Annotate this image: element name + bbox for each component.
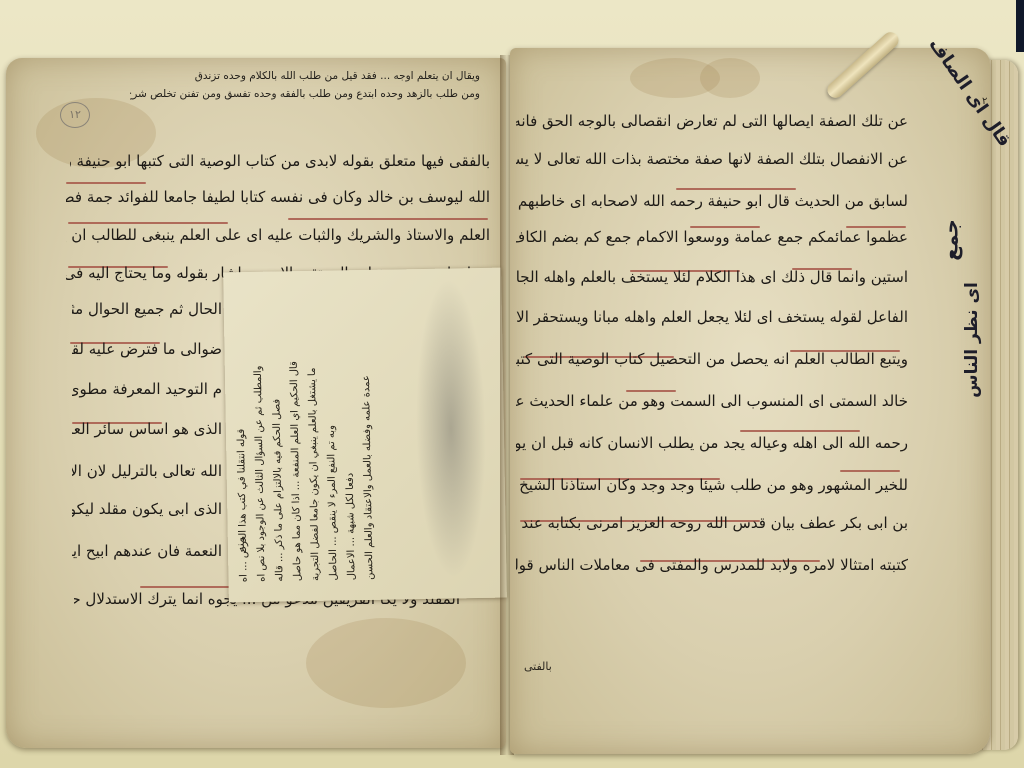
text-line: بن ابى بكر عطف بيان قدس الله روحه العزيز…	[516, 514, 908, 532]
text-line: رحمه الله الى اهله وعياله يجد من يطلب ال…	[516, 434, 908, 452]
slip-text-column: عمدة علمه وفضله بالعمل والاعتقاد والعلم …	[359, 290, 375, 580]
slip-signature: منه	[232, 452, 247, 552]
text-line: الذى ابى يكون مقلد ليكون	[72, 500, 222, 518]
margin-note: جمع	[939, 219, 963, 260]
rubric-rule	[676, 188, 796, 190]
catchword: بالفتى	[524, 660, 552, 673]
slip-text-column: قال الحكيم اي العلم المنفعة ... اذا كان …	[287, 291, 303, 581]
text-line: ويتبع الطالب العلم انه يحصل من التحصيل ك…	[516, 350, 908, 368]
text-line: استين وانما قال ذلك اى هذا الكلام لئلا ي…	[516, 268, 908, 286]
folio-number: ١٢	[60, 102, 90, 128]
dark-corner	[1016, 0, 1024, 52]
rubric-rule	[66, 182, 146, 184]
text-line: الفاعل لقوله يستخف اى لئلا يجعل العلم وا…	[516, 308, 908, 326]
text-line: النعمة فان عندهم ابيح ايمانه	[72, 542, 222, 560]
rubric-rule	[288, 218, 488, 220]
text-line: عن تلك الصفة ايصالها التى لم تعارض انقصا…	[516, 112, 908, 130]
slip-text-column: ما يشتغل بالعلم ينبغي ان يكون جامعا لفضل…	[305, 291, 321, 581]
header-note: ويقال ان يتعلم اوجه ... فقد قيل من طلب ا…	[30, 70, 480, 82]
ink-smudge	[413, 278, 488, 579]
text-line: عن الانفصال بتلك الصفة لانها صفة مختصة ب…	[516, 150, 908, 168]
text-line: للخير المشهور وهو من طلب شيئا وجد وجد وك…	[516, 476, 908, 494]
rubric-rule	[68, 222, 228, 224]
slip-text-column: وبه تم النفع المرء لا ينقص ... الحاصل	[323, 291, 339, 581]
text-line: العلم والاستاذ والشريك والثبات عليه اى ع…	[66, 226, 490, 244]
text-line: م التوحيد المعرفة مطوى على	[72, 380, 222, 398]
rubric-rule	[740, 430, 860, 432]
text-line: كتبته امتثالا لامره ولابد للمدرس والمفتى…	[516, 556, 908, 574]
slip-text-column: فصل الحكم فيه بالالتزام على ما ذكر ... ق…	[269, 291, 285, 581]
header-note: ومن طلب بالزهد وحده ابتدع ومن طلب بالفقه…	[130, 88, 480, 100]
text-line: الذى هو اساس سائر العلوم	[72, 420, 222, 438]
text-line: ضوالى ما فترض عليه لقعدته	[72, 340, 222, 358]
slip-text-column: والمطلب ثم عن السؤال الثالث عن الوجود بل…	[251, 292, 267, 582]
text-line: لسابق من الحديث قال ابو حنيفة رحمه الله …	[516, 192, 908, 210]
text-line: بالفقى فيها متعلق بقوله لابدى من كتاب ال…	[70, 152, 490, 170]
margin-note: اى نظر الناس	[962, 282, 982, 398]
slip-text-column: دفعا لكل شبهة ... الاعمال	[341, 290, 357, 580]
text-line: عظموا عمائمكم جمع عمامة ووسعوا الاكمام ج…	[516, 228, 908, 246]
rubric-rule	[140, 586, 240, 588]
paper-stain	[700, 58, 760, 98]
text-line: الله ليوسف بن خالد وكان فى نفسه كتابا لط…	[66, 188, 490, 206]
text-line: الحال ثم جميع الحوال مثل الصلاة ثم ما	[72, 300, 222, 318]
page-mark: ٢	[982, 96, 987, 107]
rubric-rule	[840, 470, 900, 472]
text-line: الله تعالى بالترليل لان الاستدلال	[72, 462, 222, 480]
text-line: خالد السمتى اى المنسوب الى السمت وهو من …	[516, 392, 908, 410]
pasted-paper-slip: قوله انتقلنا في كتب هذا الغرض ... اه وال…	[223, 268, 507, 603]
paper-stain	[306, 618, 466, 708]
